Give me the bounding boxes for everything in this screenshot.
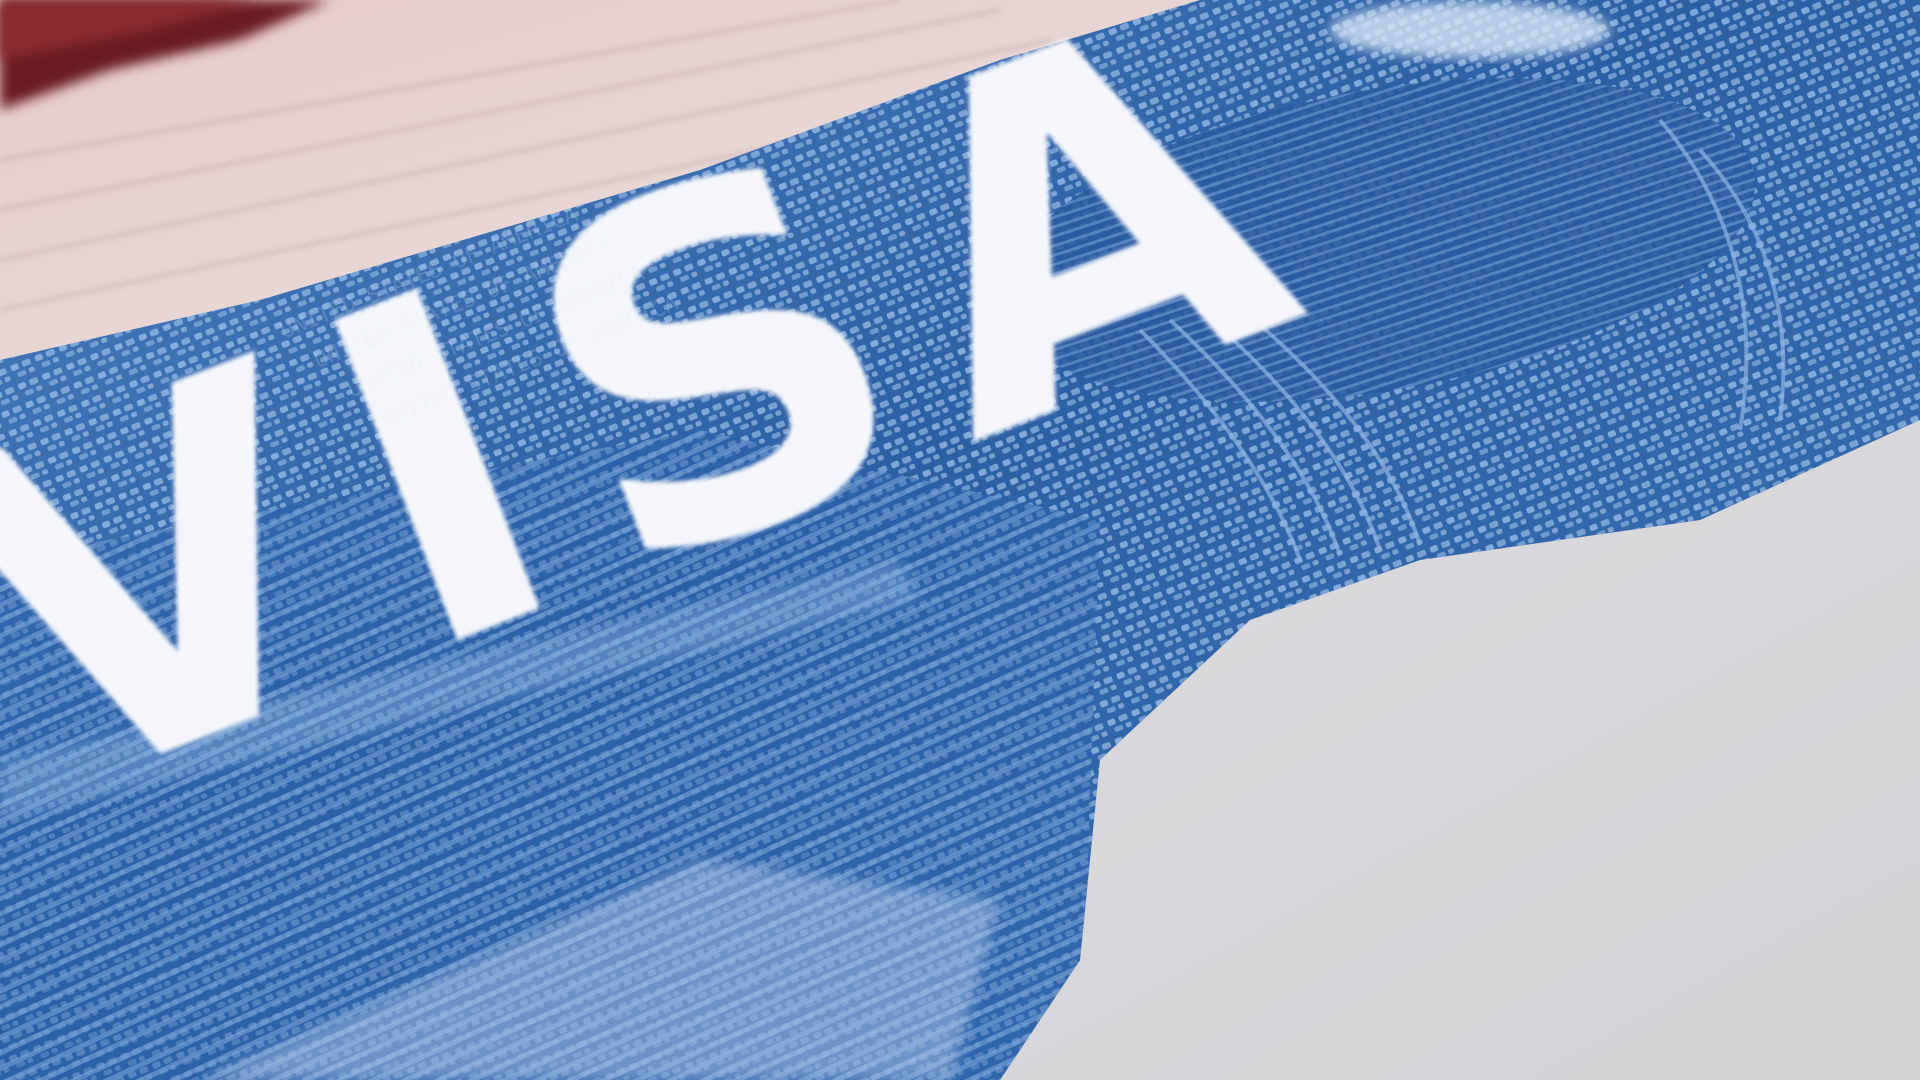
visa-photo: VISA UNITED STATES OF AMERICA UNITED STA…	[0, 0, 1920, 1080]
visa-illustration: VISA UNITED STATES OF AMERICA UNITED STA…	[0, 0, 1920, 1080]
